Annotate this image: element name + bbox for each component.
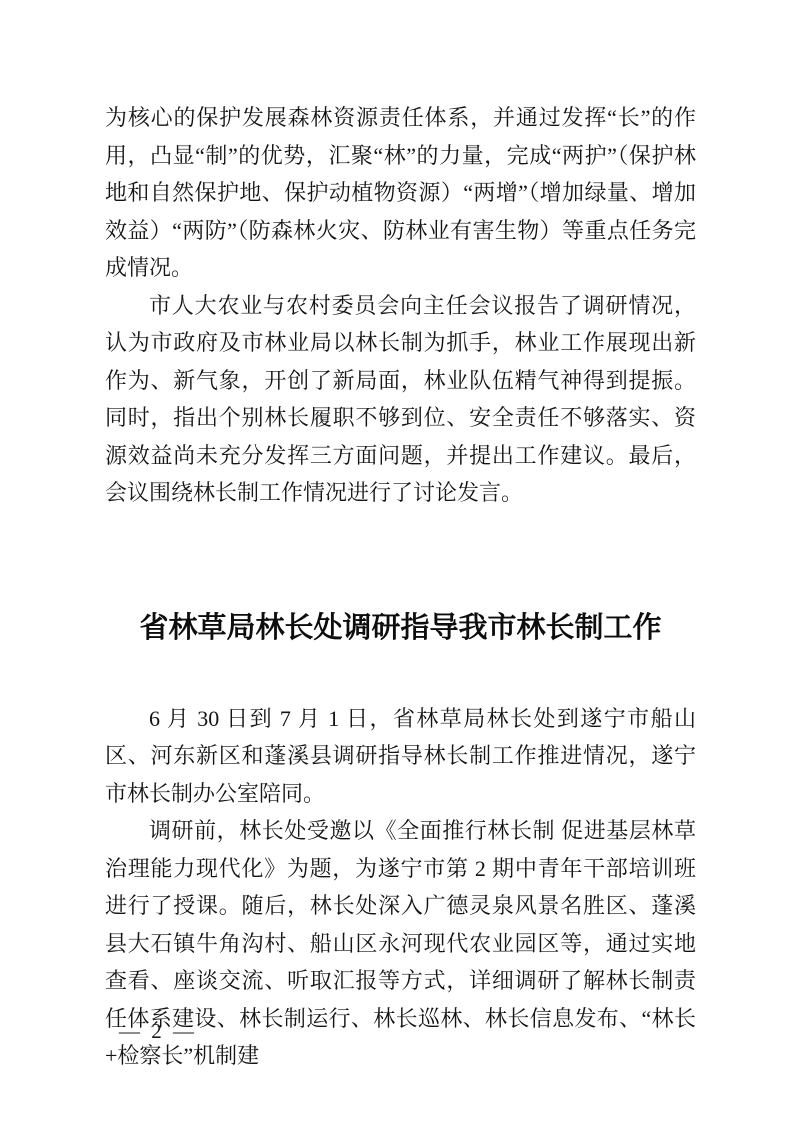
page-content: 为核心的保护发展森林资源责任体系，并通过发挥“长”的作用，凸显“制”的优势，汇聚… — [105, 99, 696, 1075]
article-title: 省林草局林长处调研指导我市林长制工作 — [105, 608, 696, 648]
body-paragraph-continuation: 为核心的保护发展森林资源责任体系，并通过发挥“长”的作用，凸显“制”的优势，汇聚… — [105, 99, 696, 287]
page-number: — 2 — — [119, 1019, 197, 1043]
body-paragraph: 市人大农业与农村委员会向主任会议报告了调研情况，认为市政府及市林业局以林长制为抓… — [105, 287, 696, 512]
document-page: 为核心的保护发展森林资源责任体系，并通过发挥“长”的作用，凸显“制”的优势，汇聚… — [0, 0, 793, 1122]
body-paragraph: 6 月 30 日到 7 月 1 日，省林草局林长处到遂宁市船山区、河东新区和蓬溪… — [105, 700, 696, 813]
